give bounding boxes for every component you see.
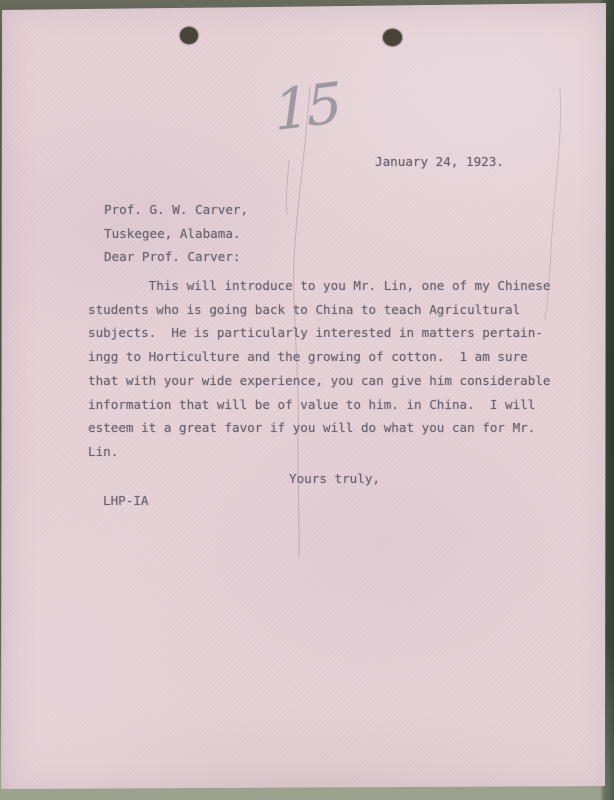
typist-initials: LHP-IA — [103, 489, 149, 513]
punch-hole-left — [180, 27, 198, 44]
recipient-location: Tuskegee, Alabama. — [104, 226, 240, 241]
recipient-address: Prof. G. W. Carver,Tuskegee, Alabama. — [104, 198, 248, 245]
letter-body: This will introduce to you Mr. Lin, one … — [88, 274, 551, 464]
salutation: Dear Prof. Carver: — [104, 245, 240, 269]
punch-hole-right — [383, 29, 402, 46]
date-line: January 24, 1923. — [375, 150, 504, 174]
scan-background: 15 January 24, 1923. Prof. G. W. Carver,… — [0, 0, 614, 800]
recipient-name: Prof. G. W. Carver, — [104, 202, 248, 217]
handwritten-page-number: 15 — [273, 76, 341, 140]
closing-line: Yours truly, — [289, 467, 380, 491]
